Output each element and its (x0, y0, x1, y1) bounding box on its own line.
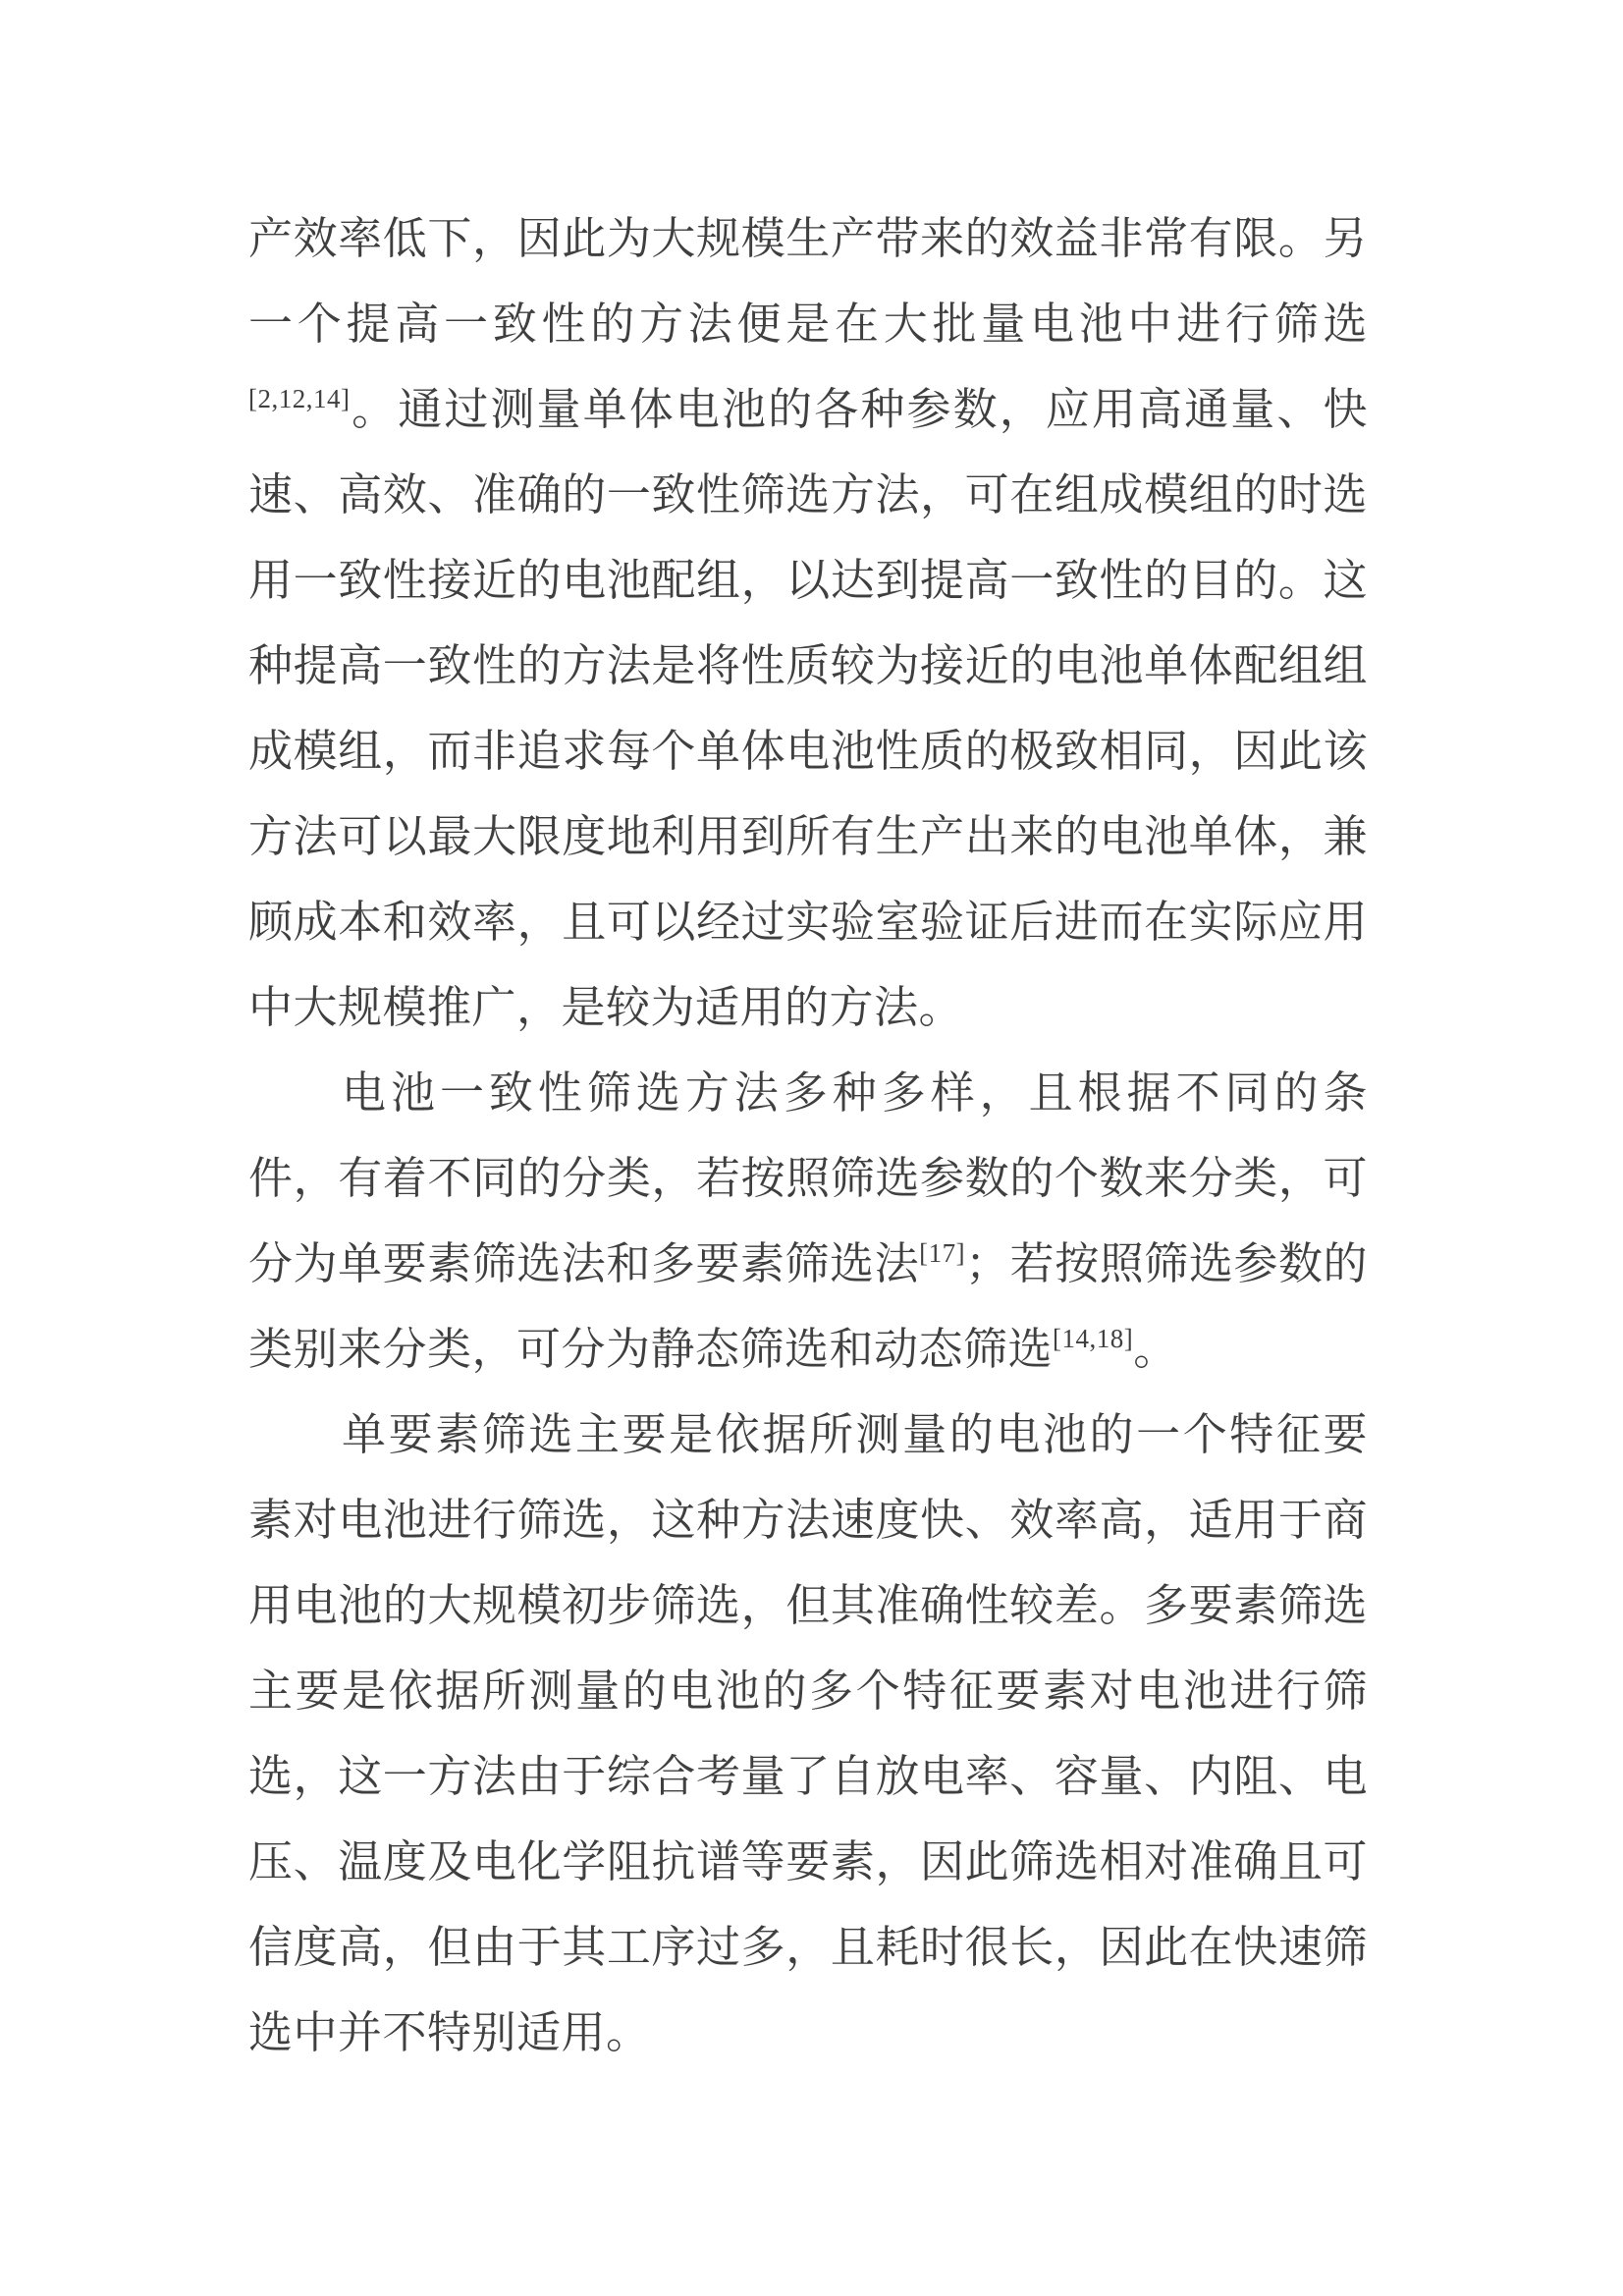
citation-superscript-1: [2,12,14] (248, 384, 350, 413)
paragraph-screening-classification: 电池一致性筛选方法多种多样，且根据不同的条件，有着不同的分类，若按照筛选参数的个… (248, 1051, 1368, 1393)
paragraph-1-text-continued: 。通过测量单体电池的各种参数，应用高通量、快速、高效、准确的一致性筛选方法，可在… (248, 385, 1368, 1032)
paragraph-single-multi-factor: 单要素筛选主要是依据所测量的电池的一个特征要素对电池进行筛选，这种方法速度快、效… (248, 1393, 1368, 2076)
paragraph-2-text-end: 。 (1133, 1325, 1178, 1374)
paragraph-1-text: 产效率低下，因此为大规模生产带来的效益非常有限。另一个提高一致性的方法便是在大批… (248, 214, 1368, 349)
citation-superscript-3: [14,18] (1053, 1324, 1133, 1353)
paragraph-3-text: 单要素筛选主要是依据所测量的电池的一个特征要素对电池进行筛选，这种方法速度快、效… (248, 1410, 1368, 2057)
document-page: 产效率低下，因此为大规模生产带来的效益非常有限。另一个提高一致性的方法便是在大批… (248, 196, 1368, 2076)
paragraph-consistency-screening: 产效率低下，因此为大规模生产带来的效益非常有限。另一个提高一致性的方法便是在大批… (248, 196, 1368, 1051)
citation-superscript-2: [17] (919, 1238, 965, 1268)
